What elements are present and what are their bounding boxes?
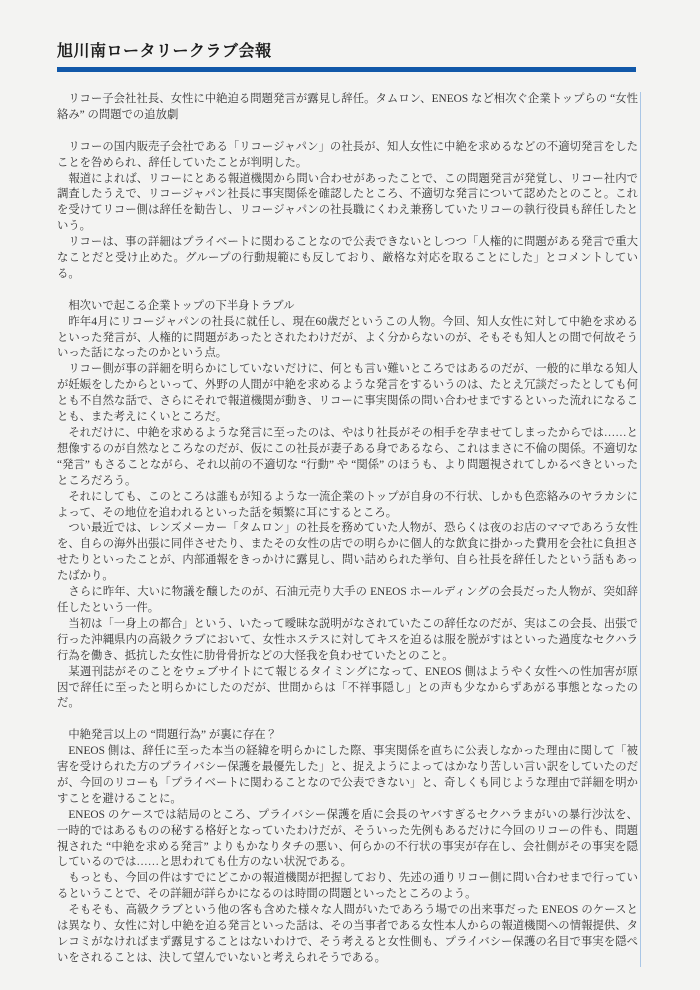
paragraph: 某週刊誌がそのことをウェブサイトにて報じるタイミングになって、ENEOS 側はよ… [57,665,638,713]
paragraph: そもそも、高級クラブという他の客も含めた様々な人間がいたであろう場での出来事だっ… [57,903,638,967]
paragraph: リコー子会社社長、女性に中絶迫る問題発言が露見し辞任。タムロン、ENEOS など… [57,92,638,124]
paragraph: 当初は「一身上の都合」という、いたって曖昧な説明がなされていたこの辞任なのだが、… [57,617,638,665]
paragraph: それだけに、中絶を求めるような発言に至ったのは、やはり社長がその相手を孕ませてし… [57,426,638,490]
paragraph: リコーは、事の詳細はプライベートに関わることなので公表できないとしつつ「人権的に… [57,235,638,283]
paragraph-gap [57,124,638,140]
paragraph: 報道によれば、リコーにとある報道機関から問い合わせがあったことで、この問題発言が… [57,172,638,236]
page-header: 旭川南ロータリークラブ会報 [0,0,700,72]
paragraph: ENEOS のケースでは結局のところ、プライバシー保護を盾に会長のヤバすぎるセク… [57,808,638,872]
paragraph: もっとも、今回の件はすでにどこかの報道機関が把握しており、先述の通りリコー側に問… [57,871,638,903]
paragraph: 昨年4月にリコージャパンの社長に就任し、現在60歳だというこの人物。今回、知人女… [57,315,638,363]
paragraph: 相次いで起こる企業トップの下半身トラブル [57,299,638,315]
paragraph: つい最近では、レンズメーカー「タムロン」の社長を務めていた人物が、恐らくは夜のお… [57,521,638,585]
paragraph: ENEOS 側は、辞任に至った本当の経緯を明らかにした際、事実関係を直ちに公表し… [57,744,638,808]
paragraph-gap [57,712,638,728]
paragraph: 中絶発言以上の “問題行為” が裏に存在？ [57,728,638,744]
article-body: リコー子会社社長、女性に中絶迫る問題発言が露見し辞任。タムロン、ENEOS など… [57,92,641,967]
paragraph-gap [57,283,638,299]
paragraph: リコーの国内販売子会社である「リコージャパン」の社長が、知人女性に中絶を求めるな… [57,140,638,172]
title-divider [57,67,636,72]
paragraph: リコー側が事の詳細を明らかにしていないだけに、何とも言い難いところではあるのだが… [57,362,638,426]
paragraph: さらに昨年、大いに物議を醸したのが、石油元売り大手の ENEOS ホールディング… [57,585,638,617]
paragraph: それにしても、このところは誰もが知るような一流企業のトップが自身の不行状、しかも… [57,490,638,522]
page-title: 旭川南ロータリークラブ会報 [57,43,700,61]
